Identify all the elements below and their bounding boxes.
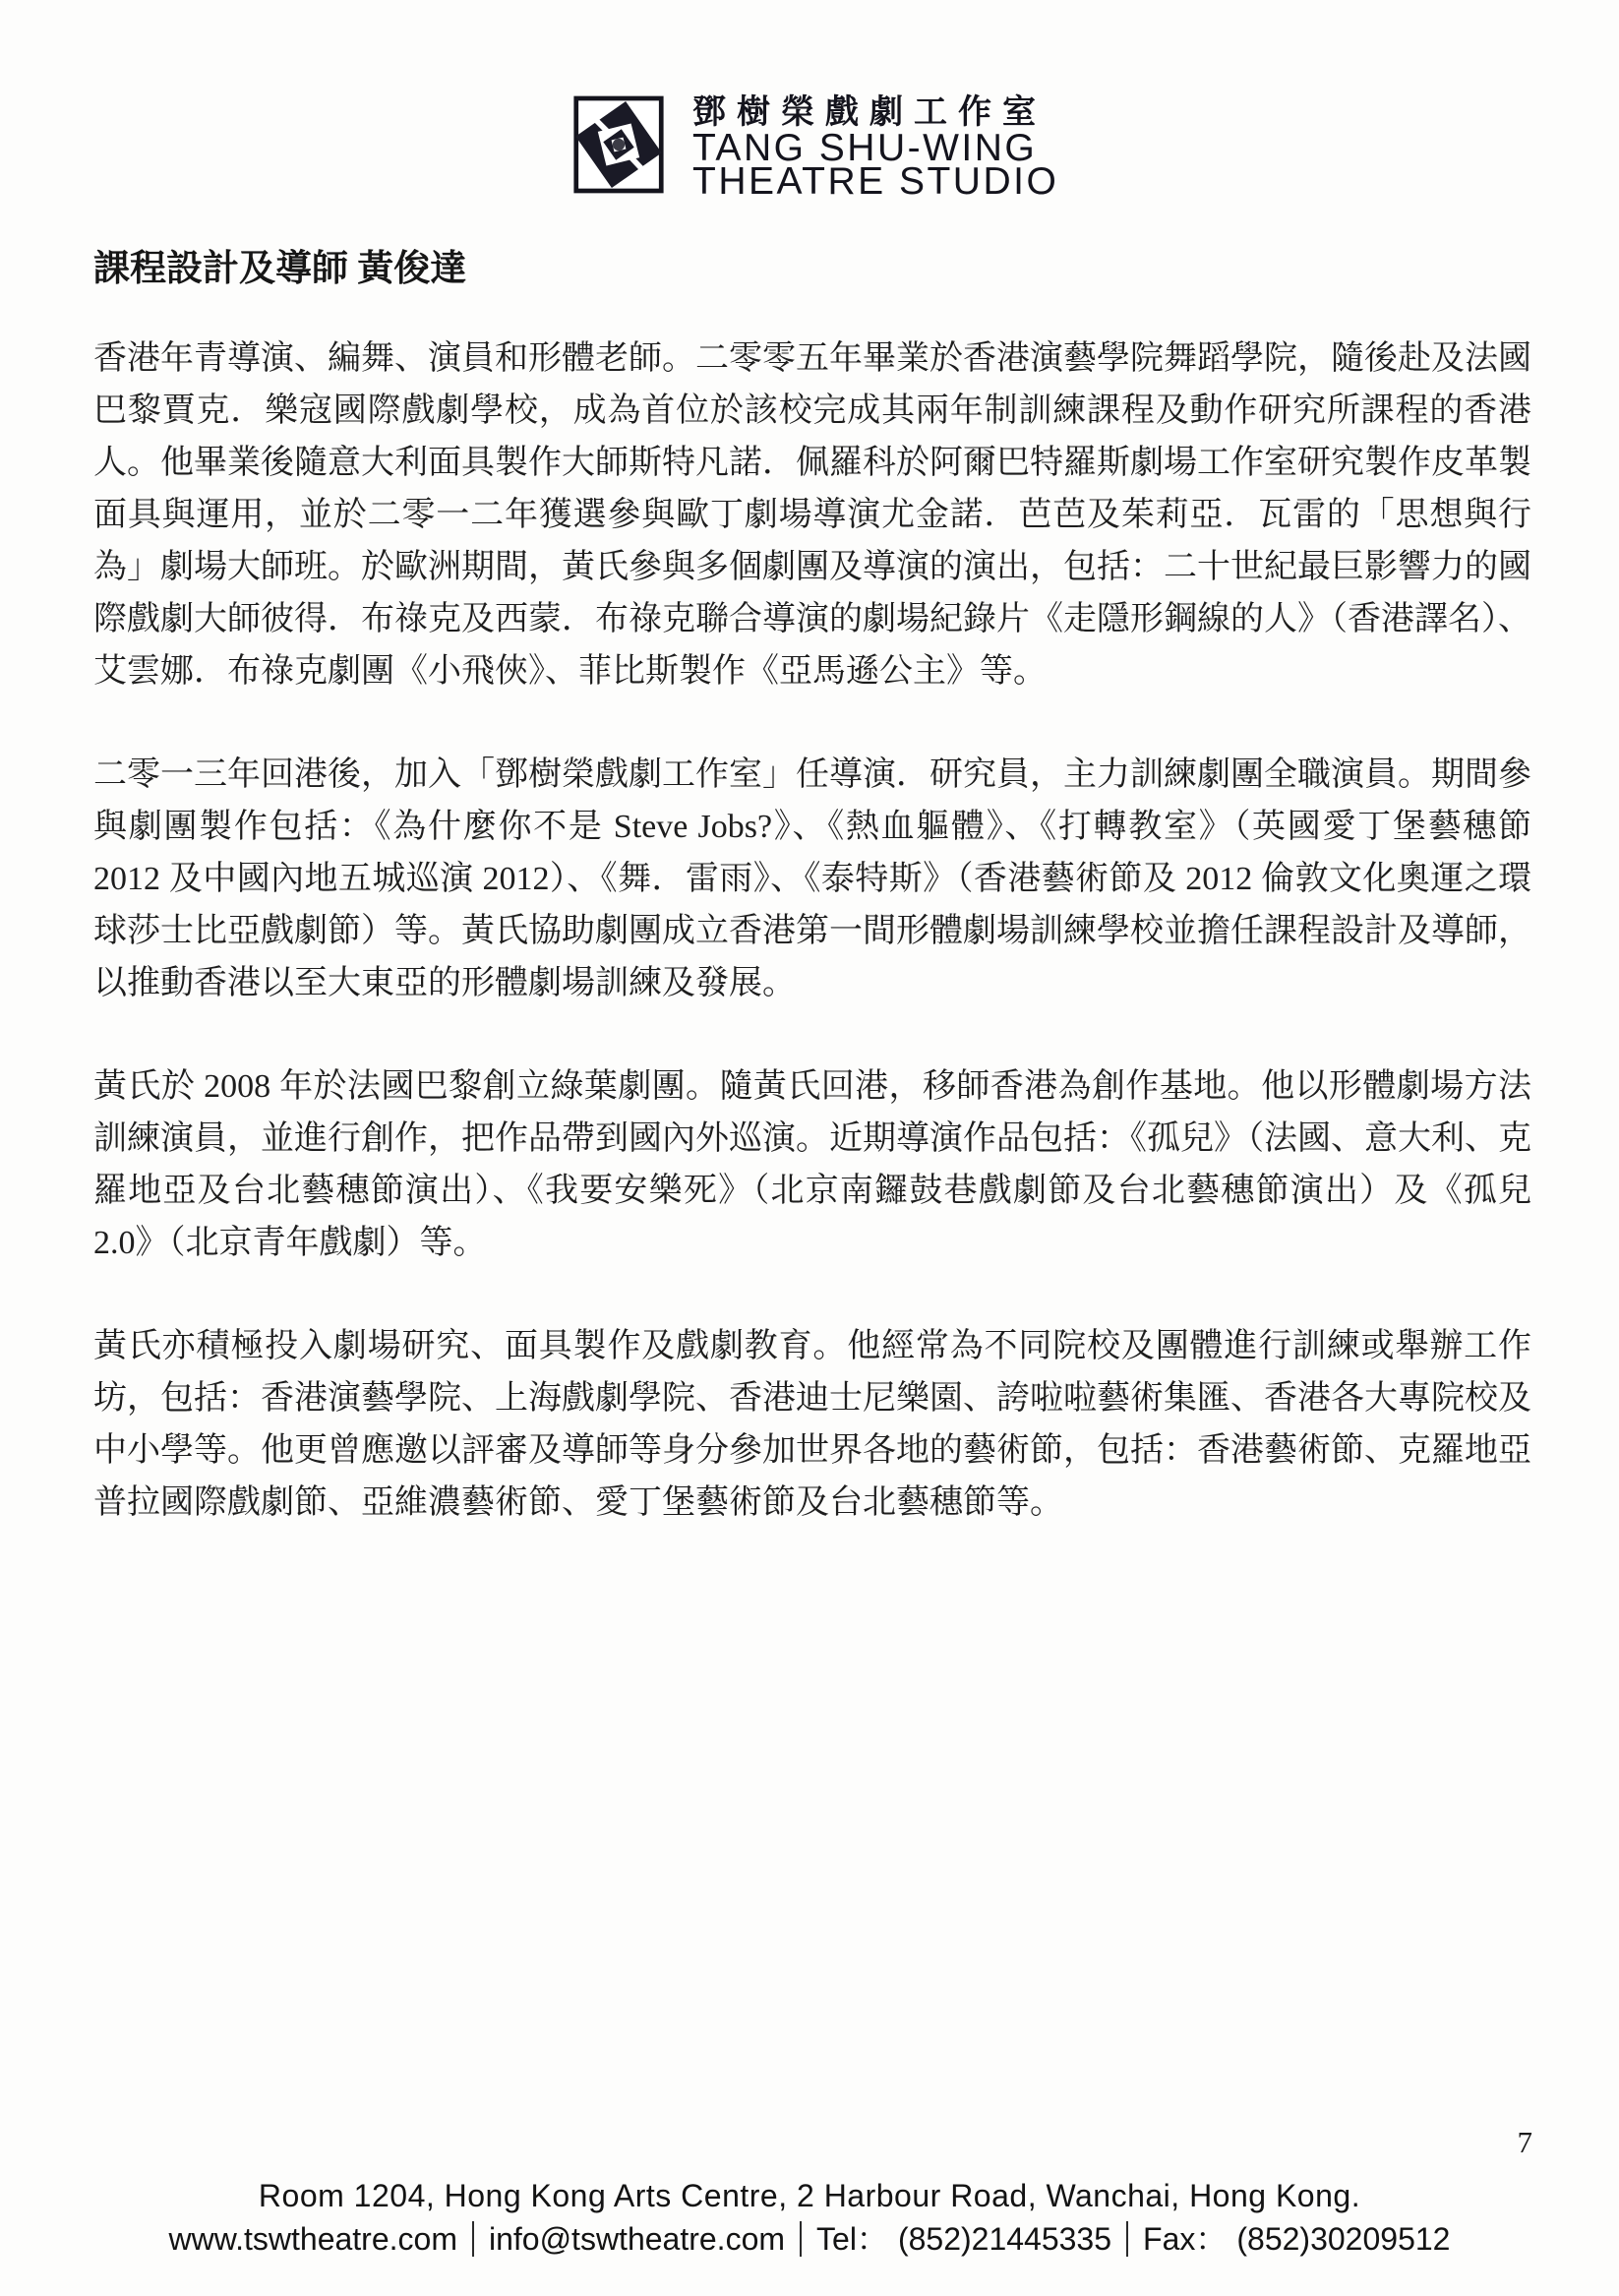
footer-address: Room 1204, Hong Kong Arts Centre, 2 Harb… (0, 2174, 1619, 2217)
logo-text: 鄧樹榮戲劇工作室 TANG SHU-WING THEATRE STUDIO (692, 92, 1047, 199)
logo: 鄧樹榮戲劇工作室 TANG SHU-WING THEATRE STUDIO (0, 92, 1619, 199)
footer-divider (1126, 2221, 1128, 2257)
page-footer: Room 1204, Hong Kong Arts Centre, 2 Harb… (0, 2174, 1619, 2261)
footer-divider (800, 2221, 802, 2257)
footer-divider (472, 2221, 474, 2257)
document-page: 鄧樹榮戲劇工作室 TANG SHU-WING THEATRE STUDIO 課程… (0, 0, 1619, 2296)
footer-website: www.tswtheatre.com (169, 2217, 457, 2261)
tel-number: (852)21445335 (898, 2221, 1111, 2257)
bio-paragraph-4: 黃氏亦積極投入劇場研究、面具製作及戲劇教育。他經常為不同院校及團體進行訓練或舉辦… (93, 1320, 1531, 1529)
bio-paragraph-2: 二零一三年回港後，加入「鄧樹榮戲劇工作室」任導演．研究員，主力訓練劇團全職演員。… (93, 749, 1531, 1009)
footer-tel: Tel：(852)21445335 (816, 2217, 1111, 2261)
tsw-spiral-logo-icon (572, 92, 665, 197)
tel-label: Tel： (816, 2221, 888, 2257)
logo-latin-name-line2: THEATRE STUDIO (692, 165, 1047, 199)
footer-contacts: www.tswtheatre.com info@tswtheatre.com T… (0, 2217, 1619, 2261)
bio-paragraph-3: 黃氏於 2008 年於法國巴黎創立綠葉劇團。隨黃氏回港，移師香港為創作基地。他以… (93, 1060, 1531, 1269)
fax-number: (852)30209512 (1236, 2221, 1450, 2257)
document-body: 課程設計及導師 黃俊達 香港年青導演、編舞、演員和形體老師。二零零五年畢業於香港… (93, 238, 1531, 1580)
bio-paragraph-1: 香港年青導演、編舞、演員和形體老師。二零零五年畢業於香港演藝學院舞蹈學院，隨後赴… (93, 332, 1531, 697)
page-number: 7 (1518, 2125, 1533, 2160)
page-title: 課程設計及導師 黃俊達 (93, 238, 1531, 291)
footer-fax: Fax：(852)30209512 (1143, 2217, 1450, 2261)
footer-email: info@tswtheatre.com (489, 2217, 785, 2261)
fax-label: Fax： (1143, 2221, 1227, 2257)
